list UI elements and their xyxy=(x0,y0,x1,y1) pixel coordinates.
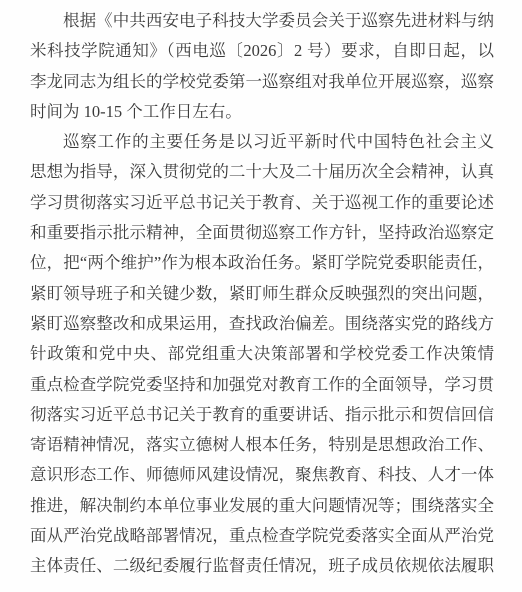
text-line: 李龙同志为组长的学校党委第一巡察组对我单位开展巡察，巡察 xyxy=(30,67,494,97)
text-line: 位，把“两个维护”作为根本政治任务。紧盯学院党委职能责任， xyxy=(30,248,494,278)
text-line: 思想为指导，深入贯彻党的二十大及二十届历次全会精神，认真 xyxy=(30,157,494,187)
text-line: 米科技学院通知》（西电巡〔2026〕2 号）要求，自即日起，以 xyxy=(30,36,494,66)
document-page: 根据《中共西安电子科技大学委员会关于巡察先进材料与纳米科技学院通知》（西电巡〔2… xyxy=(0,0,522,592)
text-line: 意识形态工作、师德师风建设情况，聚焦教育、科技、人才一体 xyxy=(30,460,494,490)
text-line: 面从严治党战略部署情况，重点检查学院党委落实全面从严治党 xyxy=(30,521,494,551)
document-body: 根据《中共西安电子科技大学委员会关于巡察先进材料与纳米科技学院通知》（西电巡〔2… xyxy=(30,6,494,582)
text-line: 彻落实习近平总书记关于教育的重要讲话、指示批示和贺信回信 xyxy=(30,400,494,430)
text-line: 巡察工作的主要任务是以习近平新时代中国特色社会主义 xyxy=(30,127,494,157)
text-line: 和重要指示批示精神，全面贯彻巡察工作方针，坚持政治巡察定 xyxy=(30,218,494,248)
paragraph: 根据《中共西安电子科技大学委员会关于巡察先进材料与纳米科技学院通知》（西电巡〔2… xyxy=(30,6,494,127)
text-line: 根据《中共西安电子科技大学委员会关于巡察先进材料与纳 xyxy=(30,6,494,36)
paragraph: 巡察工作的主要任务是以习近平新时代中国特色社会主义思想为指导，深入贯彻党的二十大… xyxy=(30,127,494,581)
text-line: 重点检查学院党委坚持和加强党对教育工作的全面领导，学习贯 xyxy=(30,370,494,400)
text-line: 主体责任、二级纪委履行监督责任情况，班子成员依规依法履职 xyxy=(30,551,494,581)
text-line: 紧盯巡察整改和成果运用，查找政治偏差。围绕落实党的路线方 xyxy=(30,309,494,339)
text-line: 学习贯彻落实习近平总书记关于教育、关于巡视工作的重要论述 xyxy=(30,188,494,218)
text-line: 寄语精神情况，落实立德树人根本任务，特别是思想政治工作、 xyxy=(30,430,494,460)
text-line: 紧盯领导班子和关键少数，紧盯师生群众反映强烈的突出问题， xyxy=(30,279,494,309)
text-line: 时间为 10-15 个工作日左右。 xyxy=(30,97,494,127)
text-line: 针政策和党中央、部党组重大决策部署和学校党委工作决策情况， xyxy=(30,339,494,369)
text-line: 推进，解决制约本单位事业发展的重大问题情况等；围绕落实全 xyxy=(30,491,494,521)
